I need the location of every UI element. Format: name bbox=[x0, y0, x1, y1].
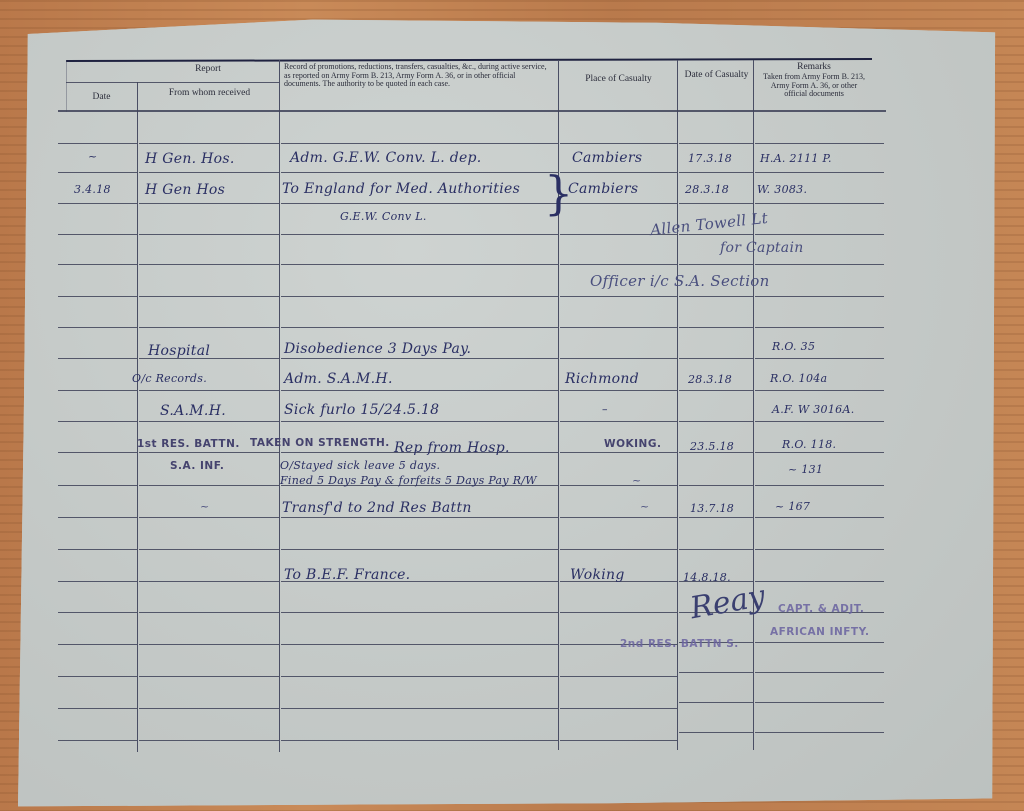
row-rule bbox=[281, 296, 558, 297]
row-rule bbox=[139, 644, 279, 645]
entry-3-record: G.E.W. Conv L. bbox=[340, 210, 427, 223]
entry-5-remarks: R.O. 104a bbox=[770, 372, 827, 385]
row-rule bbox=[679, 390, 753, 391]
entry-5-date-casualty: 28.3.18 bbox=[688, 373, 732, 386]
row-rule bbox=[139, 264, 279, 265]
row-rule bbox=[560, 708, 677, 709]
row-rule bbox=[281, 740, 558, 741]
row-rule bbox=[139, 234, 279, 235]
row-rule bbox=[281, 234, 558, 235]
row-rule bbox=[755, 143, 884, 144]
row-rule bbox=[139, 390, 279, 391]
row-rule bbox=[755, 234, 884, 235]
unit-stamp-line2: S.A. INF. bbox=[170, 460, 224, 472]
entry-4-from: Hospital bbox=[148, 343, 210, 359]
entry-6-remarks: A.F. W 3016A. bbox=[772, 403, 855, 416]
taken-on-strength-stamp: TAKEN ON STRENGTH. bbox=[250, 437, 390, 449]
row-rule bbox=[139, 581, 279, 582]
entry-2-place: Cambiers bbox=[568, 181, 638, 197]
header-bottom-rule bbox=[58, 110, 886, 112]
header-date: Date bbox=[66, 92, 137, 102]
for-captain-text: for Captain bbox=[720, 240, 804, 256]
row-rule bbox=[58, 327, 137, 328]
column-divider-date-casualty bbox=[753, 60, 754, 750]
row-rule bbox=[281, 358, 558, 359]
row-rule bbox=[139, 452, 279, 453]
row-rule bbox=[755, 264, 884, 265]
header-remarks-title: Remarks bbox=[756, 62, 872, 72]
row-rule bbox=[560, 358, 677, 359]
row-rule bbox=[755, 203, 884, 204]
column-divider-from bbox=[279, 60, 280, 752]
row-rule bbox=[755, 390, 884, 391]
entry-6-place: – bbox=[602, 403, 608, 416]
header-date-casualty: Date of Casualty bbox=[680, 70, 753, 80]
row-rule bbox=[139, 327, 279, 328]
entry-2-date: 3.4.18 bbox=[74, 183, 111, 196]
left-edge-line bbox=[66, 60, 67, 112]
row-rule bbox=[58, 421, 137, 422]
row-rule bbox=[560, 143, 677, 144]
row-rule bbox=[755, 452, 884, 453]
second-res-battn-stamp: 2nd RES. BATTN S. bbox=[620, 638, 739, 650]
row-rule bbox=[755, 296, 884, 297]
row-rule bbox=[139, 676, 279, 677]
row-rule bbox=[58, 581, 137, 582]
row-rule bbox=[139, 172, 279, 173]
row-rule bbox=[679, 732, 753, 733]
entry-11-place: Woking bbox=[570, 567, 625, 583]
entry-6-from: S.A.M.H. bbox=[160, 403, 226, 419]
row-rule bbox=[58, 740, 137, 741]
entry-10-date-casualty: 13.7.18 bbox=[690, 502, 734, 515]
row-rule bbox=[58, 203, 137, 204]
row-rule bbox=[139, 203, 279, 204]
row-rule bbox=[560, 296, 677, 297]
row-rule bbox=[139, 612, 279, 613]
row-rule bbox=[281, 203, 558, 204]
record-form: Report Date From whom received Record of… bbox=[0, 0, 1024, 811]
entry-10-record: Transf'd to 2nd Res Battn bbox=[282, 500, 472, 516]
row-rule bbox=[755, 549, 884, 550]
row-rule bbox=[139, 517, 279, 518]
row-rule bbox=[679, 517, 753, 518]
header-remarks-sub: Taken from Army Form B. 213, Army Form A… bbox=[760, 73, 868, 99]
row-rule bbox=[560, 264, 677, 265]
row-rule bbox=[281, 390, 558, 391]
row-rule bbox=[679, 172, 753, 173]
row-rule bbox=[139, 296, 279, 297]
entry-2-record: To England for Med. Authorities bbox=[282, 181, 520, 197]
entry-1-date: ~ bbox=[88, 150, 98, 163]
row-rule bbox=[281, 676, 558, 677]
row-rule bbox=[58, 390, 137, 391]
row-rule bbox=[560, 740, 677, 741]
row-rule bbox=[58, 264, 137, 265]
header-from-whom: From whom received bbox=[140, 88, 279, 98]
row-rule bbox=[58, 296, 137, 297]
row-rule bbox=[755, 172, 884, 173]
row-rule bbox=[755, 327, 884, 328]
entry-7-remarks: R.O. 118. bbox=[782, 438, 836, 451]
row-rule bbox=[560, 421, 677, 422]
row-rule bbox=[560, 485, 677, 486]
row-rule bbox=[139, 143, 279, 144]
row-rule bbox=[755, 358, 884, 359]
row-rule bbox=[679, 702, 753, 703]
row-rule bbox=[679, 296, 753, 297]
row-rule bbox=[58, 708, 137, 709]
entry-8-record: O/Stayed sick leave 5 days. bbox=[280, 459, 440, 472]
header-record: Record of promotions, reductions, transf… bbox=[284, 63, 554, 89]
row-rule bbox=[281, 612, 558, 613]
row-rule bbox=[58, 234, 137, 235]
entry-4-remarks: R.O. 35 bbox=[772, 340, 815, 353]
row-rule bbox=[281, 644, 558, 645]
entry-2-remarks: W. 3083. bbox=[757, 183, 807, 196]
row-rule bbox=[139, 549, 279, 550]
entry-9-place: ~ bbox=[632, 474, 642, 487]
entry-1-record: Adm. G.E.W. Conv. L. dep. bbox=[290, 150, 482, 166]
row-rule bbox=[679, 485, 753, 486]
row-rule bbox=[755, 485, 884, 486]
row-rule bbox=[281, 327, 558, 328]
row-rule bbox=[560, 676, 677, 677]
header-report: Report bbox=[137, 64, 279, 74]
row-rule bbox=[58, 172, 137, 173]
row-rule bbox=[679, 358, 753, 359]
row-rule bbox=[139, 708, 279, 709]
entry-4-record: Disobedience 3 Days Pay. bbox=[284, 341, 471, 357]
row-rule bbox=[281, 549, 558, 550]
row-rule bbox=[560, 172, 677, 173]
entry-9-record: Fined 5 Days Pay & forfeits 5 Days Pay R… bbox=[280, 474, 537, 487]
row-rule bbox=[679, 549, 753, 550]
row-rule bbox=[755, 517, 884, 518]
row-rule bbox=[755, 732, 884, 733]
row-rule bbox=[755, 581, 884, 582]
row-rule bbox=[58, 644, 137, 645]
row-rule bbox=[281, 172, 558, 173]
row-rule bbox=[58, 485, 137, 486]
column-divider-record bbox=[558, 60, 559, 750]
african-infty-stamp: AFRICAN INFTY. bbox=[770, 626, 869, 638]
row-rule bbox=[755, 702, 884, 703]
entry-10-remarks: ~ 167 bbox=[775, 500, 810, 513]
row-rule bbox=[560, 203, 677, 204]
row-rule bbox=[560, 517, 677, 518]
entry-5-record: Adm. S.A.M.H. bbox=[284, 371, 393, 387]
row-rule bbox=[755, 672, 884, 673]
row-rule bbox=[679, 327, 753, 328]
entry-5-place: Richmond bbox=[565, 371, 639, 387]
row-rule bbox=[281, 264, 558, 265]
row-rule bbox=[281, 517, 558, 518]
row-rule bbox=[679, 421, 753, 422]
row-rule bbox=[755, 421, 884, 422]
row-rule bbox=[679, 264, 753, 265]
entry-2-date-casualty: 28.3.18 bbox=[685, 183, 729, 196]
entry-11-date-casualty: 14.8.18. bbox=[683, 571, 731, 584]
row-rule bbox=[58, 676, 137, 677]
unit-stamp-line1: 1st RES. BATTN. bbox=[137, 438, 240, 450]
adjutant-signature: Reay bbox=[688, 579, 768, 627]
row-rule bbox=[58, 358, 137, 359]
row-rule bbox=[560, 549, 677, 550]
row-rule bbox=[679, 143, 753, 144]
row-rule bbox=[139, 485, 279, 486]
row-rule bbox=[560, 327, 677, 328]
entry-1-from: H Gen. Hos. bbox=[145, 151, 235, 167]
entry-1-place: Cambiers bbox=[572, 150, 642, 166]
row-rule bbox=[281, 143, 558, 144]
row-rule bbox=[679, 203, 753, 204]
entry-6-record: Sick furlo 15/24.5.18 bbox=[284, 402, 439, 418]
row-rule bbox=[58, 452, 137, 453]
entry-7-record: Rep from Hosp. bbox=[394, 440, 510, 456]
column-divider-date bbox=[137, 82, 138, 752]
entry-7-date-casualty: 23.5.18 bbox=[690, 440, 734, 453]
row-rule bbox=[281, 421, 558, 422]
entry-11-record: To B.E.F. France. bbox=[284, 567, 410, 583]
entry-10-place: ~ bbox=[640, 500, 650, 513]
officer-section-text: Officer i/c S.A. Section bbox=[590, 272, 770, 290]
row-rule bbox=[679, 672, 753, 673]
capt-adjt-stamp: CAPT. & ADJT. bbox=[778, 603, 864, 615]
row-rule bbox=[58, 549, 137, 550]
entry-5-from: O/c Records. bbox=[132, 372, 207, 385]
entry-2-from: H Gen Hos bbox=[145, 182, 225, 198]
row-rule bbox=[58, 612, 137, 613]
entry-8-remarks: ~ 131 bbox=[788, 463, 823, 476]
row-rule bbox=[560, 452, 677, 453]
row-rule bbox=[755, 642, 884, 643]
row-rule bbox=[560, 390, 677, 391]
row-rule bbox=[281, 708, 558, 709]
row-rule bbox=[58, 517, 137, 518]
entry-10-from: ~ bbox=[200, 500, 210, 513]
row-rule bbox=[139, 740, 279, 741]
entry-1-date-casualty: 17.3.18 bbox=[688, 152, 732, 165]
row-rule bbox=[139, 421, 279, 422]
report-subrule bbox=[66, 82, 279, 83]
row-rule bbox=[58, 143, 137, 144]
entry-1-remarks: H.A. 2111 P. bbox=[760, 152, 832, 165]
row-rule bbox=[560, 612, 677, 613]
entry-7-place: WOKING. bbox=[604, 438, 661, 450]
header-place: Place of Casualty bbox=[560, 74, 677, 84]
